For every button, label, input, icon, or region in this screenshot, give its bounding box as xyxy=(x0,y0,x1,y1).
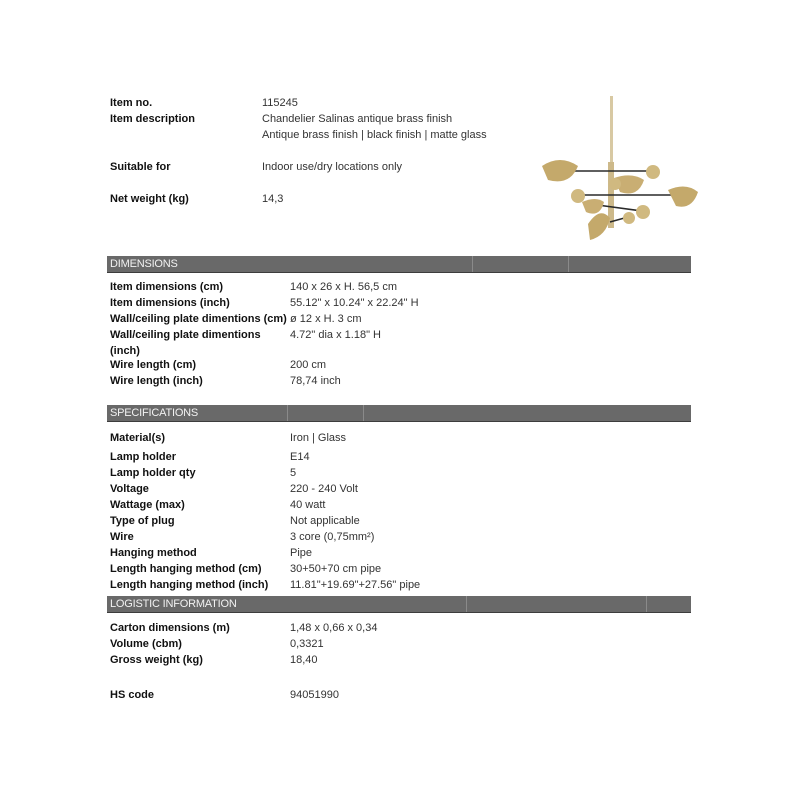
row-label: Lamp holder xyxy=(110,449,176,465)
row-label: Wire xyxy=(110,529,134,545)
row-value: Not applicable xyxy=(290,513,360,529)
row-value: 220 - 240 Volt xyxy=(290,481,358,497)
suitable-for-label: Suitable for xyxy=(110,159,171,175)
row-value: 55.12" x 10.24" x 22.24" H xyxy=(290,295,419,311)
row-label: Material(s) xyxy=(110,430,165,446)
item-no-label: Item no. xyxy=(110,95,152,111)
dimensions-section-header: DIMENSIONS xyxy=(107,256,691,273)
row-label: Wire length (cm) xyxy=(110,357,196,373)
header-divider xyxy=(363,405,364,421)
row-label: Length hanging method (cm) xyxy=(110,561,262,577)
row-value: 18,40 xyxy=(290,652,318,668)
header-divider xyxy=(466,596,467,612)
header-divider xyxy=(646,596,647,612)
logistic-title: LOGISTIC INFORMATION xyxy=(110,596,237,612)
specifications-section-header: SPECIFICATIONS xyxy=(107,405,691,422)
header-divider xyxy=(568,256,569,272)
row-value: 40 watt xyxy=(290,497,325,513)
row-label: Length hanging method (inch) xyxy=(110,577,268,593)
item-description-value-2: Antique brass finish | black finish | ma… xyxy=(262,127,487,143)
row-value: 11.81"+19.69"+27.56" pipe xyxy=(290,577,420,593)
row-value: 4.72" dia x 1.18" H xyxy=(290,327,381,343)
dimensions-title: DIMENSIONS xyxy=(110,256,178,272)
header-divider xyxy=(287,405,288,421)
row-value: 1,48 x 0,66 x 0,34 xyxy=(290,620,377,636)
item-description-value: Chandelier Salinas antique brass finish xyxy=(262,111,452,127)
row-label: Wattage (max) xyxy=(110,497,185,513)
row-value: 3 core (0,75mm²) xyxy=(290,529,374,545)
row-label: Hanging method xyxy=(110,545,197,561)
row-label: Type of plug xyxy=(110,513,175,529)
chandelier-image xyxy=(530,94,710,244)
row-value: 30+50+70 cm pipe xyxy=(290,561,381,577)
row-value: 5 xyxy=(290,465,296,481)
row-value: 0,3321 xyxy=(290,636,324,652)
item-description-label: Item description xyxy=(110,111,195,127)
row-label: HS code xyxy=(110,687,154,703)
row-label: Wall/ceiling plate dimentions xyxy=(110,327,261,343)
row-label: Lamp holder qty xyxy=(110,465,196,481)
net-weight-label: Net weight (kg) xyxy=(110,191,189,207)
row-value: 200 cm xyxy=(290,357,326,373)
row-label: Carton dimensions (m) xyxy=(110,620,230,636)
row-value: Pipe xyxy=(290,545,312,561)
row-label: Voltage xyxy=(110,481,149,497)
row-value: Iron | Glass xyxy=(290,430,346,446)
header-divider xyxy=(472,256,473,272)
row-label: Wall/ceiling plate dimentions (cm) xyxy=(110,311,287,327)
row-label: Gross weight (kg) xyxy=(110,652,203,668)
logistic-section-header: LOGISTIC INFORMATION xyxy=(107,596,691,613)
net-weight-value: 14,3 xyxy=(262,191,283,207)
row-value: 94051990 xyxy=(290,687,339,703)
row-label: Item dimensions (cm) xyxy=(110,279,223,295)
row-value: E14 xyxy=(290,449,310,465)
item-no-value: 115245 xyxy=(262,95,298,111)
row-value: 140 x 26 x H. 56,5 cm xyxy=(290,279,397,295)
suitable-for-value: Indoor use/dry locations only xyxy=(262,159,402,175)
row-value: 78,74 inch xyxy=(290,373,341,389)
specifications-title: SPECIFICATIONS xyxy=(110,405,198,421)
row-value: ø 12 x H. 3 cm xyxy=(290,311,362,327)
row-label: Item dimensions (inch) xyxy=(110,295,230,311)
row-label: Volume (cbm) xyxy=(110,636,182,652)
row-label: Wire length (inch) xyxy=(110,373,203,389)
